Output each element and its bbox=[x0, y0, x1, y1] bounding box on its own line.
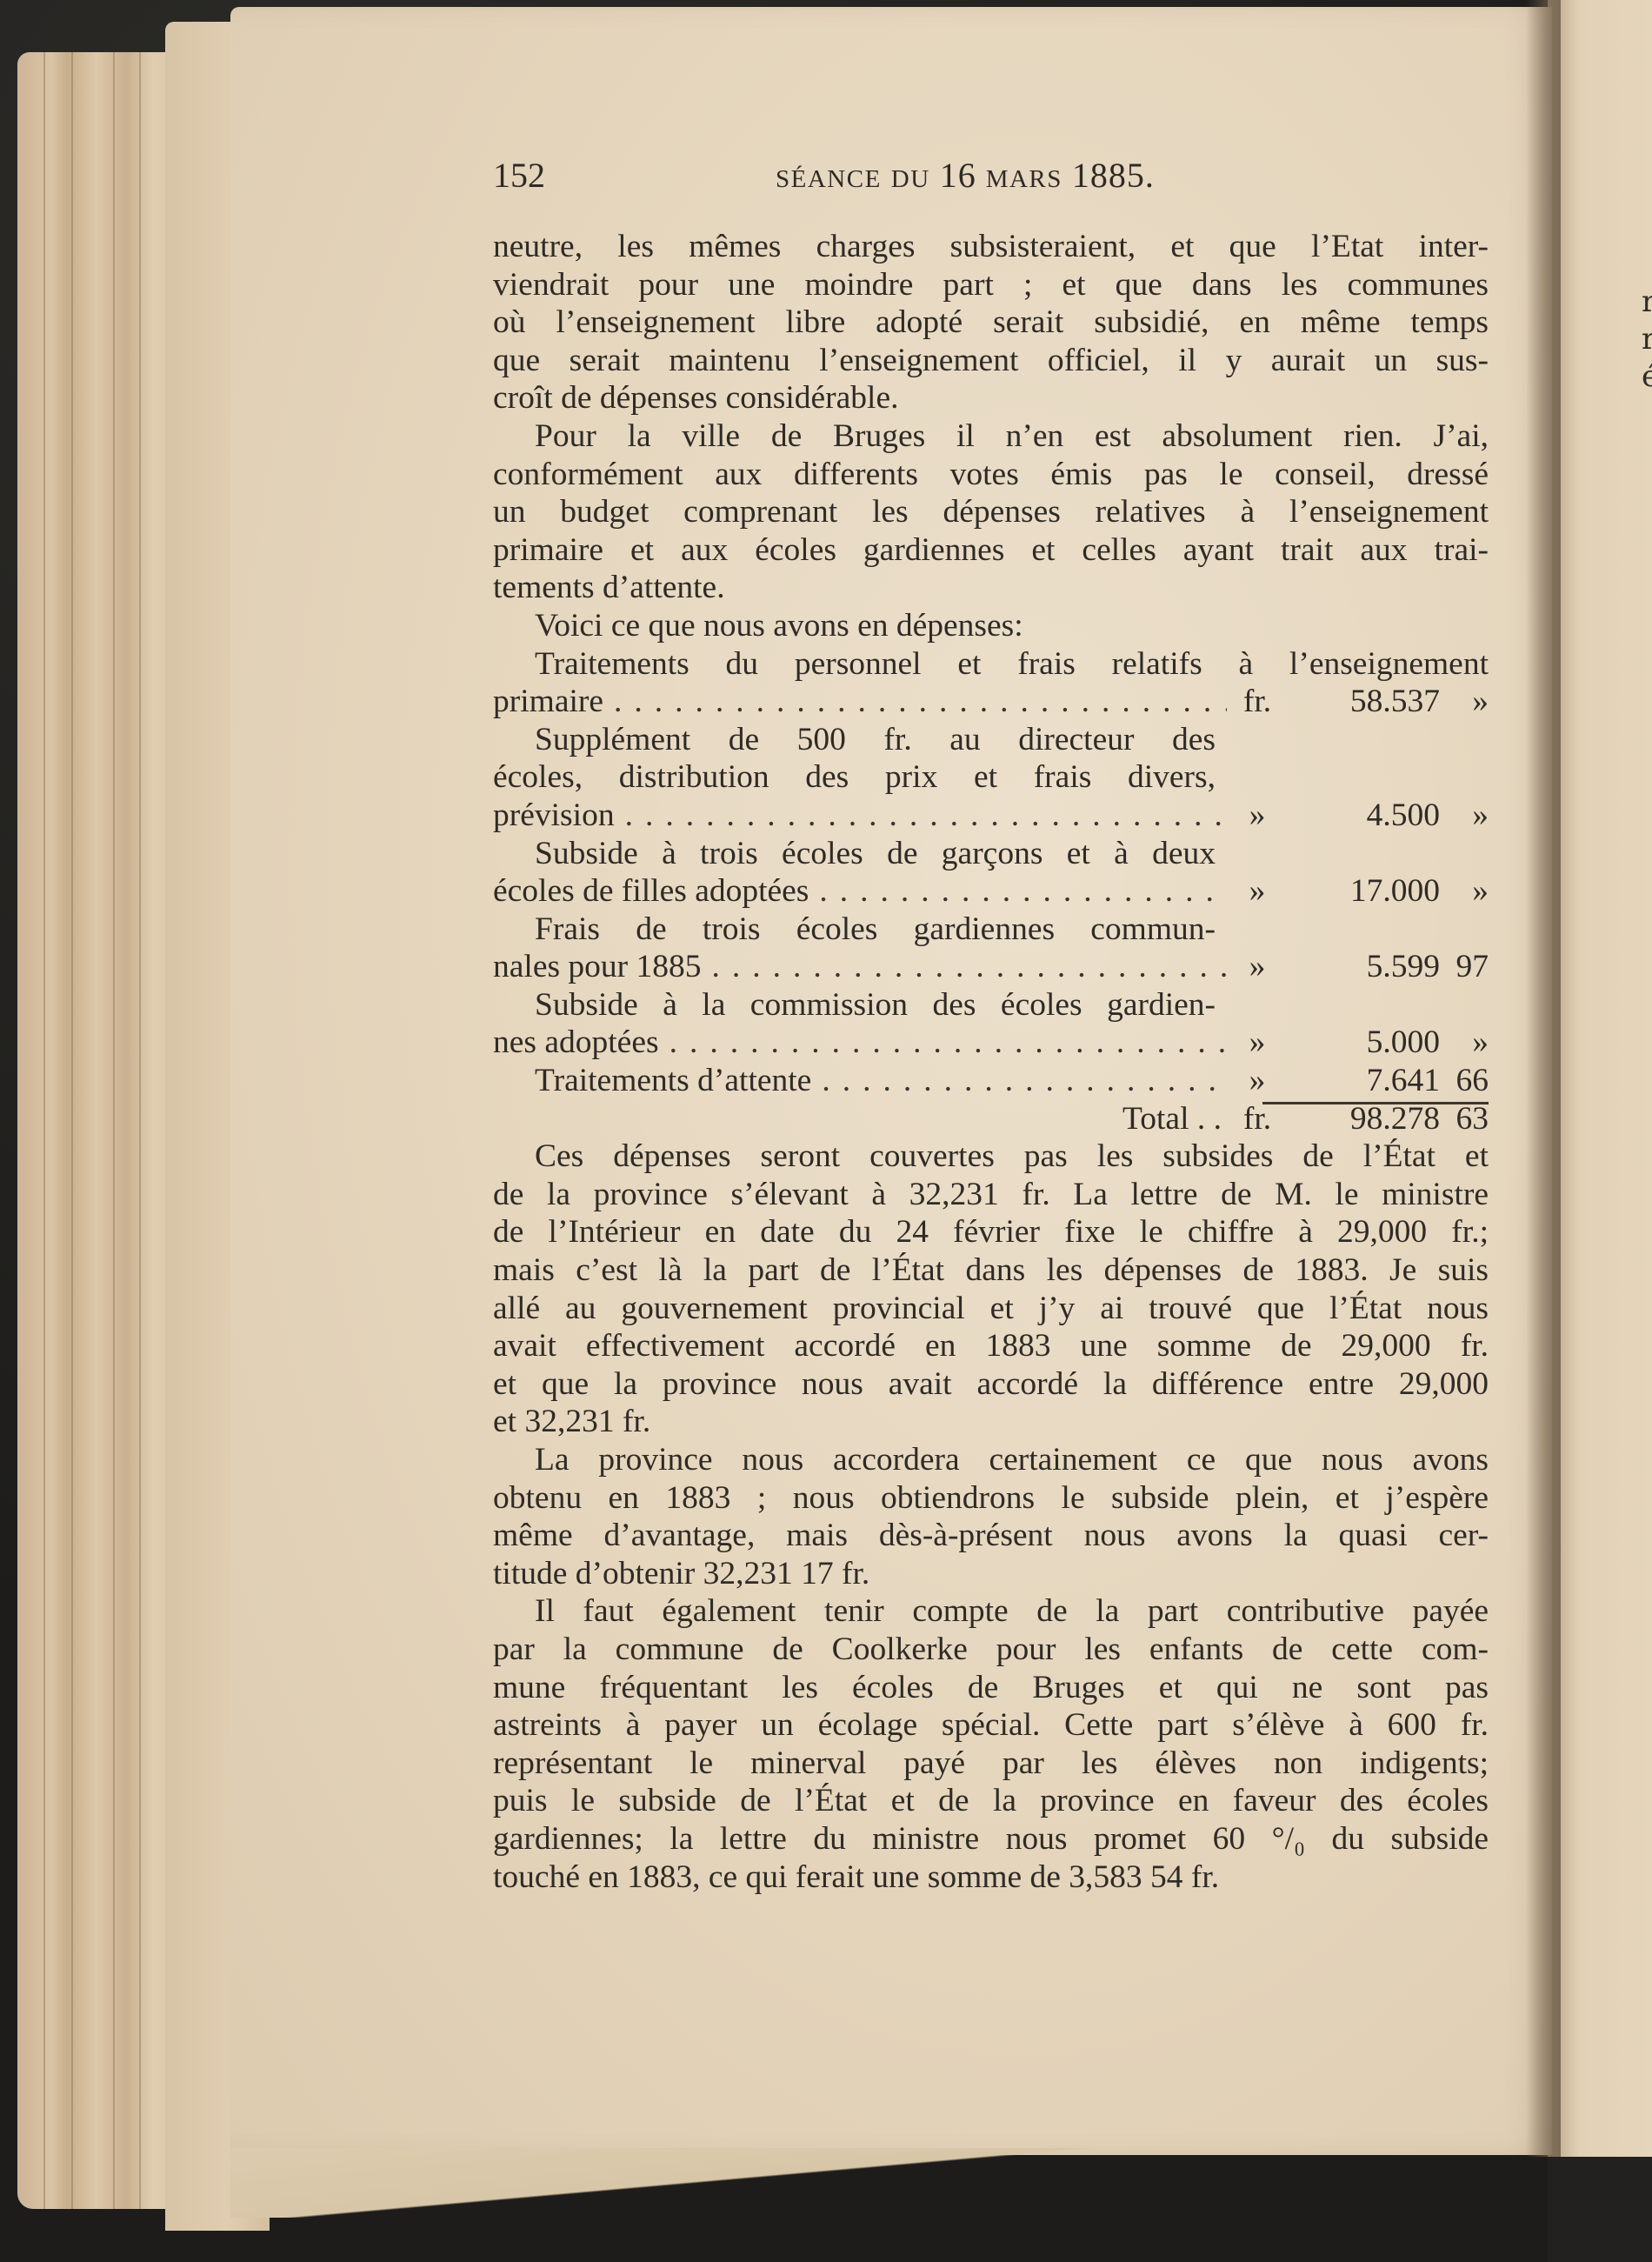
budget-item: Subside à la commission des écoles gardi… bbox=[493, 986, 1489, 1062]
text-line: obtenu en 1883 ; nous obtiendrons le sub… bbox=[493, 1479, 1489, 1518]
budget-item-amount: 5.000 bbox=[1288, 1024, 1440, 1062]
text-line: titude d’obtenir 32,231 17 fr. bbox=[493, 1555, 1489, 1593]
page-bottom-edge bbox=[230, 2148, 1552, 2218]
budget-item: Subside à trois écoles de garçons et à d… bbox=[493, 835, 1489, 911]
budget-item-label: Traitements d’attente bbox=[535, 1062, 811, 1100]
paragraph: Pour la ville de Bruges il n’en est abso… bbox=[493, 417, 1489, 607]
leader-dots: .................................. bbox=[603, 683, 1227, 721]
paragraph: neutre, les mêmes charges subsisteraient… bbox=[493, 228, 1489, 417]
text-line: conformément aux differents votes émis p… bbox=[493, 456, 1489, 494]
facing-page-fragment: é bbox=[1642, 362, 1652, 391]
leader-dots: .................................. bbox=[811, 1062, 1227, 1100]
budget-item: Supplément de 500 fr. au directeur des é… bbox=[493, 721, 1489, 835]
page-gutter-shadow bbox=[1526, 0, 1561, 2157]
text-line: et que la province nous avait accordé la… bbox=[493, 1365, 1489, 1404]
budget-item-amount: 58.537 bbox=[1288, 683, 1440, 721]
text-line: que serait maintenu l’enseignement offic… bbox=[493, 342, 1489, 380]
budget-item-row: nes adoptées ...........................… bbox=[493, 1024, 1489, 1062]
text-line: neutre, les mêmes charges subsisteraient… bbox=[493, 228, 1489, 266]
text-line: Voici ce que nous avons en dépenses: bbox=[493, 607, 1489, 645]
text-line: touché en 1883, ce qui ferait une somme … bbox=[493, 1858, 1489, 1897]
budget-total-row: Total . . fr. 98.278 63 bbox=[493, 1100, 1489, 1138]
budget-item: Frais de trois écoles gardiennes commun-… bbox=[493, 911, 1489, 986]
text-line: allé au gouvernement provincial et j’y a… bbox=[493, 1290, 1489, 1328]
text-line: croît de dépenses considérable. bbox=[493, 379, 1489, 417]
budget-item-row: primaire ...............................… bbox=[493, 683, 1489, 721]
text-line: viendrait pour une moindre part ; et que… bbox=[493, 266, 1489, 304]
leader-dots: .................................. bbox=[615, 797, 1227, 835]
budget-item-cents: 97 bbox=[1440, 948, 1489, 986]
budget-item-unit: » bbox=[1227, 872, 1288, 911]
paragraph: Voici ce que nous avons en dépenses: bbox=[493, 607, 1489, 645]
text-line: Pour la ville de Bruges il n’en est abso… bbox=[493, 417, 1489, 456]
budget-item-label: Traitements du personnel et frais relati… bbox=[493, 645, 1489, 684]
text-line: de la province s’élevant à 32,231 fr. La… bbox=[493, 1176, 1489, 1214]
budget-item-amount: 7.641 bbox=[1288, 1062, 1440, 1100]
budget-item-label: nes adoptées bbox=[493, 1024, 659, 1062]
text-line: astreints à payer un écolage spécial. Ce… bbox=[493, 1706, 1489, 1745]
text-line: puis le subside de l’État et de la provi… bbox=[493, 1782, 1489, 1820]
budget-item-row: prévision ..............................… bbox=[493, 797, 1489, 835]
budget-item-row: Traitements d’attente ..................… bbox=[493, 1062, 1489, 1100]
budget-item-unit: » bbox=[1227, 948, 1288, 986]
facing-page-fragment: r bbox=[1642, 287, 1652, 317]
text-line: un budget comprenant les dépenses relati… bbox=[493, 493, 1489, 531]
text-line: par la commune de Coolkerke pour les enf… bbox=[493, 1631, 1489, 1669]
text-line: Il faut également tenir compte de la par… bbox=[493, 1592, 1489, 1631]
text-line: et 32,231 fr. bbox=[493, 1403, 1489, 1441]
text-line: Ces dépenses seront couvertes pas les su… bbox=[493, 1138, 1489, 1176]
leader-dots: .................................. bbox=[702, 948, 1227, 986]
budget-item-label: Frais de trois écoles gardiennes commun- bbox=[493, 911, 1216, 949]
budget-item-label: Supplément de 500 fr. au directeur des bbox=[493, 721, 1216, 759]
text-line: tements d’attente. bbox=[493, 569, 1489, 607]
budget-item-unit: » bbox=[1227, 1024, 1288, 1062]
budget-item-cents: » bbox=[1440, 872, 1489, 911]
facing-page-edge bbox=[1548, 0, 1652, 2157]
budget-item-cents: » bbox=[1440, 797, 1489, 835]
body-text: neutre, les mêmes charges subsisteraient… bbox=[493, 228, 1489, 1896]
budget-item-unit: » bbox=[1227, 797, 1288, 835]
budget-item: Traitements du personnel et frais relati… bbox=[493, 645, 1489, 721]
budget-table: Traitements du personnel et frais relati… bbox=[493, 645, 1489, 1138]
leader-dots: .................................. bbox=[809, 872, 1227, 911]
total-label: Total . . bbox=[493, 1100, 1227, 1138]
paragraph: Ces dépenses seront couvertes pas les su… bbox=[493, 1138, 1489, 1441]
budget-item-row: nales pour 1885 ........................… bbox=[493, 948, 1489, 986]
text-line: gardiennes; la lettre du ministre nous p… bbox=[493, 1820, 1489, 1858]
text-line: représentant le minerval payé par les él… bbox=[493, 1745, 1489, 1783]
text-line: avait effectivement accordé en 1883 une … bbox=[493, 1327, 1489, 1365]
budget-item-label: écoles de filles adoptées bbox=[493, 872, 809, 911]
total-cents: 63 bbox=[1440, 1100, 1489, 1138]
total-unit: fr. bbox=[1227, 1100, 1288, 1138]
budget-item-amount: 5.599 bbox=[1288, 948, 1440, 986]
budget-item-label: Subside à la commission des écoles gardi… bbox=[493, 986, 1216, 1024]
budget-item-unit: fr. bbox=[1227, 683, 1288, 721]
text-line: mune fréquentant les écoles de Bruges et… bbox=[493, 1669, 1489, 1707]
budget-item-label: Subside à trois écoles de garçons et à d… bbox=[493, 835, 1216, 873]
total-rule bbox=[1262, 1102, 1489, 1104]
budget-item-row: écoles de filles adoptées ..............… bbox=[493, 872, 1489, 911]
paragraph: La province nous accordera certainement … bbox=[493, 1441, 1489, 1592]
facing-page-fragment: r bbox=[1642, 324, 1652, 354]
budget-item-label: primaire bbox=[493, 683, 603, 721]
budget-item-label: nales pour 1885 bbox=[493, 948, 702, 986]
running-title: SÉANCE DU 16 MARS 1885. bbox=[776, 155, 1155, 196]
text-line: La province nous accordera certainement … bbox=[493, 1441, 1489, 1479]
budget-item-cents: 66 bbox=[1440, 1062, 1489, 1100]
budget-item-cents: » bbox=[1440, 683, 1489, 721]
budget-item-amount: 17.000 bbox=[1288, 872, 1440, 911]
text-line: même d’avantage, mais dès-à-présent nous… bbox=[493, 1517, 1489, 1555]
budget-total: Total . . fr. 98.278 63 bbox=[493, 1100, 1489, 1138]
budget-item-label: écoles, distribution des prix et frais d… bbox=[493, 758, 1216, 797]
page-number: 152 bbox=[493, 155, 545, 196]
total-amount: 98.278 bbox=[1288, 1100, 1440, 1138]
scan-background-corner bbox=[1548, 2157, 1652, 2262]
text-line: mais c’est là la part de l’État dans les… bbox=[493, 1251, 1489, 1290]
budget-item: Traitements d’attente ..................… bbox=[493, 1062, 1489, 1100]
budget-item-amount: 4.500 bbox=[1288, 797, 1440, 835]
text-line: où l’enseignement libre adopté serait su… bbox=[493, 304, 1489, 342]
text-line: de l’Intérieur en date du 24 février fix… bbox=[493, 1213, 1489, 1251]
leader-dots: .................................. bbox=[659, 1024, 1227, 1062]
budget-item-cents: » bbox=[1440, 1024, 1489, 1062]
paragraph: Il faut également tenir compte de la par… bbox=[493, 1592, 1489, 1896]
running-head: 152 SÉANCE DU 16 MARS 1885. bbox=[493, 155, 1484, 198]
budget-item-unit: » bbox=[1227, 1062, 1288, 1100]
text-line: primaire et aux écoles gardiennes et cel… bbox=[493, 531, 1489, 570]
budget-item-label: prévision bbox=[493, 797, 615, 835]
